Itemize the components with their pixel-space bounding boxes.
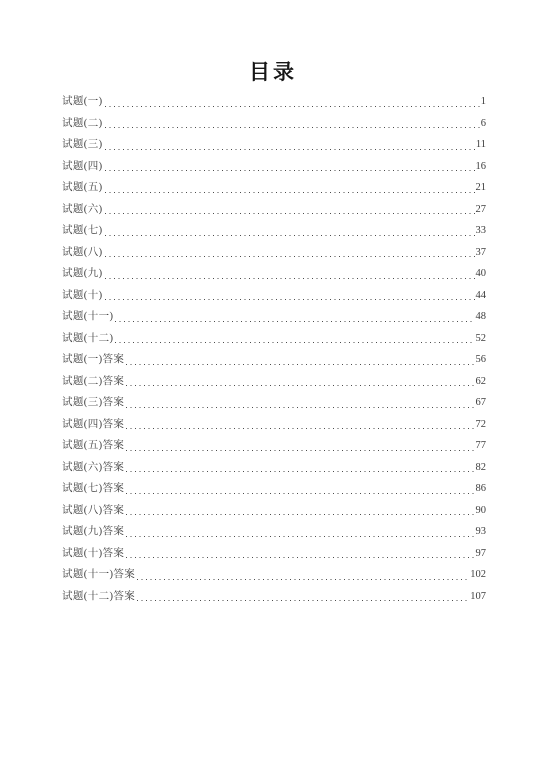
toc-dot-leader xyxy=(126,514,474,515)
toc-dot-leader xyxy=(126,428,474,429)
toc-entry: 试题(十)答案 97 xyxy=(62,543,486,565)
toc-dot-leader xyxy=(105,192,475,193)
toc-page-number: 72 xyxy=(476,414,487,436)
toc-entry: 试题(十二) 52 xyxy=(62,328,486,350)
toc-entry: 试题(五)答案 77 xyxy=(62,435,486,457)
toc-page-number: 82 xyxy=(476,457,487,479)
toc-entry-label: 试题(七) xyxy=(62,220,103,242)
toc-entry-label: 试题(六)答案 xyxy=(62,457,124,479)
toc-dot-leader xyxy=(126,493,474,494)
toc-entry-label: 试题(十) xyxy=(62,285,103,307)
toc-entry: 试题(十) 44 xyxy=(62,285,486,307)
toc-page-number: 90 xyxy=(476,500,487,522)
toc-entry-label: 试题(十二) xyxy=(62,328,113,350)
toc-entry-label: 试题(十)答案 xyxy=(62,543,124,565)
toc-page-number: 77 xyxy=(476,435,487,457)
toc-dot-leader xyxy=(105,213,475,214)
toc-dot-leader xyxy=(115,321,474,322)
toc-entry: 试题(十一)答案 102 xyxy=(62,564,486,586)
toc-entry-label: 试题(二)答案 xyxy=(62,371,124,393)
toc-dot-leader xyxy=(126,557,474,558)
toc-entry: 试题(二) 6 xyxy=(62,113,486,135)
toc-dot-leader xyxy=(105,127,480,128)
toc-entry: 试题(九)答案 93 xyxy=(62,521,486,543)
toc-entry-label: 试题(十二)答案 xyxy=(62,586,135,608)
toc-entry-label: 试题(八) xyxy=(62,242,103,264)
toc-dot-leader xyxy=(137,579,469,580)
toc-page-number: 97 xyxy=(476,543,487,565)
toc-page-number: 56 xyxy=(476,349,487,371)
toc-entry: 试题(四)答案 72 xyxy=(62,414,486,436)
toc-entry-label: 试题(七)答案 xyxy=(62,478,124,500)
toc-dot-leader xyxy=(126,450,474,451)
toc-entry-label: 试题(一)答案 xyxy=(62,349,124,371)
toc-entry-label: 试题(十一) xyxy=(62,306,113,328)
toc-dot-leader xyxy=(105,106,480,107)
toc-entry-label: 试题(三) xyxy=(62,134,103,156)
toc-page-number: 102 xyxy=(470,564,486,586)
toc-page-number: 52 xyxy=(476,328,487,350)
toc-page-number: 1 xyxy=(481,91,486,113)
toc-entry: 试题(三) 11 xyxy=(62,134,486,156)
toc-title: 目录 xyxy=(0,56,543,86)
toc-dot-leader xyxy=(137,600,469,601)
toc-page-number: 48 xyxy=(476,306,487,328)
toc-entry-label: 试题(六) xyxy=(62,199,103,221)
toc-dot-leader xyxy=(105,235,475,236)
toc-page-number: 93 xyxy=(476,521,487,543)
toc-entry: 试题(八) 37 xyxy=(62,242,486,264)
toc-page-number: 16 xyxy=(476,156,487,178)
toc-entry: 试题(十一) 48 xyxy=(62,306,486,328)
toc-entry: 试题(五) 21 xyxy=(62,177,486,199)
toc-entry: 试题(一) 1 xyxy=(62,91,486,113)
toc-page-number: 37 xyxy=(476,242,487,264)
toc-entry: 试题(七) 33 xyxy=(62,220,486,242)
toc-page-number: 40 xyxy=(476,263,487,285)
toc-dot-leader xyxy=(105,170,475,171)
toc-entry-label: 试题(三)答案 xyxy=(62,392,124,414)
toc-page-number: 11 xyxy=(476,134,486,156)
toc-entry: 试题(九) 40 xyxy=(62,263,486,285)
toc-entry-label: 试题(八)答案 xyxy=(62,500,124,522)
toc-dot-leader xyxy=(126,536,474,537)
toc-entry-label: 试题(五) xyxy=(62,177,103,199)
toc-entry-label: 试题(二) xyxy=(62,113,103,135)
toc-dot-leader xyxy=(126,471,474,472)
toc-dot-leader xyxy=(105,299,475,300)
toc-entry: 试题(七)答案 86 xyxy=(62,478,486,500)
toc-page-number: 33 xyxy=(476,220,487,242)
toc-page-number: 107 xyxy=(470,586,486,608)
toc-entry-label: 试题(九)答案 xyxy=(62,521,124,543)
toc-page-number: 62 xyxy=(476,371,487,393)
toc-dot-leader xyxy=(126,385,474,386)
toc-entry: 试题(二)答案 62 xyxy=(62,371,486,393)
toc-page-number: 21 xyxy=(476,177,487,199)
toc-entry-label: 试题(九) xyxy=(62,263,103,285)
toc-page-number: 27 xyxy=(476,199,487,221)
toc-entry: 试题(三)答案 67 xyxy=(62,392,486,414)
toc-dot-leader xyxy=(105,149,475,150)
toc-page-number: 67 xyxy=(476,392,487,414)
toc-entry-label: 试题(五)答案 xyxy=(62,435,124,457)
toc-entry-label: 试题(十一)答案 xyxy=(62,564,135,586)
toc-entry: 试题(六) 27 xyxy=(62,199,486,221)
toc-dot-leader xyxy=(115,342,474,343)
toc-dot-leader xyxy=(126,407,474,408)
toc-entry: 试题(八)答案 90 xyxy=(62,500,486,522)
toc-entry-label: 试题(四)答案 xyxy=(62,414,124,436)
toc-list: 试题(一) 1 试题(二) 6 试题(三) 11 试题(四) 16 试题(五) … xyxy=(62,91,486,607)
toc-entry-label: 试题(一) xyxy=(62,91,103,113)
toc-entry: 试题(十二)答案 107 xyxy=(62,586,486,608)
toc-page-number: 44 xyxy=(476,285,487,307)
toc-dot-leader xyxy=(105,278,475,279)
toc-dot-leader xyxy=(126,364,474,365)
document-page: 目录 试题(一) 1 试题(二) 6 试题(三) 11 试题(四) 16 试题(… xyxy=(0,0,543,768)
toc-entry: 试题(六)答案 82 xyxy=(62,457,486,479)
toc-dot-leader xyxy=(105,256,475,257)
toc-entry: 试题(四) 16 xyxy=(62,156,486,178)
toc-entry: 试题(一)答案 56 xyxy=(62,349,486,371)
toc-page-number: 86 xyxy=(476,478,487,500)
toc-page-number: 6 xyxy=(481,113,486,135)
toc-entry-label: 试题(四) xyxy=(62,156,103,178)
